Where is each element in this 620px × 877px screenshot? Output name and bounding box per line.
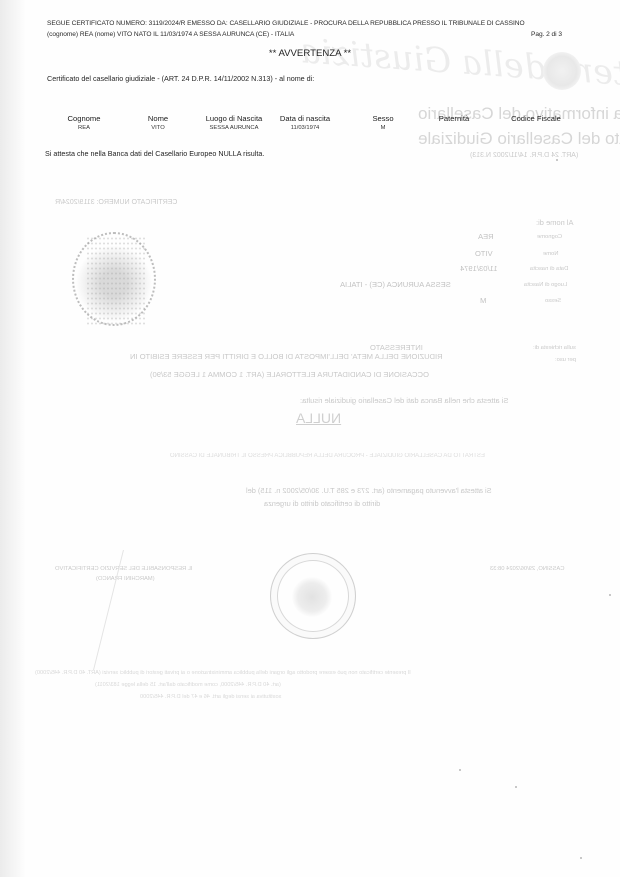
column-paternita: Paternità — [432, 114, 476, 125]
certificate-page: Ministero della Giustizia Sistema inform… — [0, 0, 620, 877]
ghost-field-label: Data di nascita — [530, 266, 568, 272]
column-sesso: Sesso M — [363, 114, 403, 131]
ghost-field-label: Luogo di Nascita — [524, 282, 567, 288]
page-indicator: Pag. 2 di 3 — [531, 31, 562, 38]
ghost-pagamento-2: diritto di certificato diritto di urgenz… — [264, 499, 380, 508]
certificate-intro: Certificato del casellario giudiziale - … — [47, 74, 314, 83]
ghost-uso-value-2: OCCASIONE DI CANDIDATURA ELETTORALE (ART… — [150, 370, 429, 379]
stamp-texture — [86, 236, 146, 326]
ghost-pagamento-1: Si attesta l'avvenuto pagamento (art. 27… — [246, 486, 492, 495]
ghost-nulla: NULLA — [296, 410, 341, 426]
ghost-field-value: SESSA AURUNCA (CE) - ITALIA — [340, 280, 451, 289]
ghost-cert-number: CERTIFICATO NUMERO: 3119/2024/R — [55, 199, 177, 206]
column-value: M — [363, 125, 403, 131]
ghost-richiesta-value: INTERESSATO — [370, 343, 423, 352]
column-header: Data di nascita — [273, 114, 337, 123]
column-header: Paternità — [432, 114, 476, 123]
ghost-title-line2: Certificato del Casellario Giudiziale — [418, 129, 620, 149]
column-value: SESSA AURUNCA — [196, 125, 272, 131]
ghost-footer-2: (art. 40 D.P.R. 445/2000, come modificat… — [95, 682, 281, 688]
ghost-uso-label: per uso: — [555, 357, 576, 363]
ghost-field-value: VITO — [475, 249, 493, 258]
subject-header: (cognome) REA (nome) VITO NATO IL 11/03/… — [47, 31, 294, 38]
column-header: Nome — [140, 114, 176, 123]
ghost-field-value: REA — [478, 232, 494, 241]
ghost-richiesta-label: sulla richiesta di: — [533, 345, 576, 351]
column-header: Codice Fiscale — [500, 114, 572, 123]
column-value: VITO — [140, 125, 176, 131]
column-header: Cognome — [56, 114, 112, 123]
scan-speck — [580, 857, 582, 859]
column-nome: Nome VITO — [140, 114, 176, 131]
scan-speck — [515, 786, 517, 788]
column-header: Sesso — [363, 114, 403, 123]
ecris-statement: Si attesta che nella Banca dati del Case… — [45, 149, 264, 158]
ghost-field-label: Sesso — [545, 298, 561, 304]
column-cognome: Cognome REA — [56, 114, 112, 131]
ghost-field-value: M — [480, 296, 486, 305]
column-value: REA — [56, 125, 112, 131]
column-data-nascita: Data di nascita 11/03/1974 — [273, 114, 337, 131]
column-codice-fiscale: Codice Fiscale — [500, 114, 572, 125]
ghost-footer-1: Il presente certificato non può essere p… — [35, 670, 411, 676]
ghost-estratto: ESTRATTO DA CASELLARIO GIUDIZIALE - PROC… — [170, 453, 485, 459]
ghost-title-line3: (ART. 24 D.P.R. 14/11/2002 N.313) — [470, 152, 578, 159]
ghost-footer-3: sostitutiva ai sensi degli artt. 46 e 47… — [140, 694, 281, 700]
ghost-uso-value-1: RIDUZIONE DELLA META' DELL'IMPOSTA DI BO… — [130, 352, 443, 361]
scan-speck — [556, 159, 558, 161]
scan-speck — [459, 769, 461, 771]
continuation-header: SEGUE CERTIFICATO NUMERO: 3119/2024/R EM… — [47, 20, 525, 27]
scan-speck — [609, 594, 611, 596]
seal-emblem-icon — [292, 577, 332, 617]
column-value: 11/03/1974 — [273, 125, 337, 131]
warning-title: ** AVVERTENZA ** — [0, 48, 620, 59]
ghost-al-nome-di: Al nome di: — [536, 218, 574, 227]
ghost-luogo-data: CASSINO, 29/06/2024 08:33 — [490, 566, 564, 572]
column-header: Luogo di Nascita — [196, 114, 272, 123]
scan-shadow — [0, 0, 26, 877]
ghost-attesta: Si attesta che nella Banca dati del Case… — [300, 396, 509, 405]
ghost-field-label: Cognome — [537, 234, 562, 240]
ghost-field-value: 11/03/1974 — [460, 264, 497, 273]
ghost-field-label: Nome — [543, 251, 558, 257]
column-luogo-nascita: Luogo di Nascita SESSA AURUNCA — [196, 114, 272, 131]
